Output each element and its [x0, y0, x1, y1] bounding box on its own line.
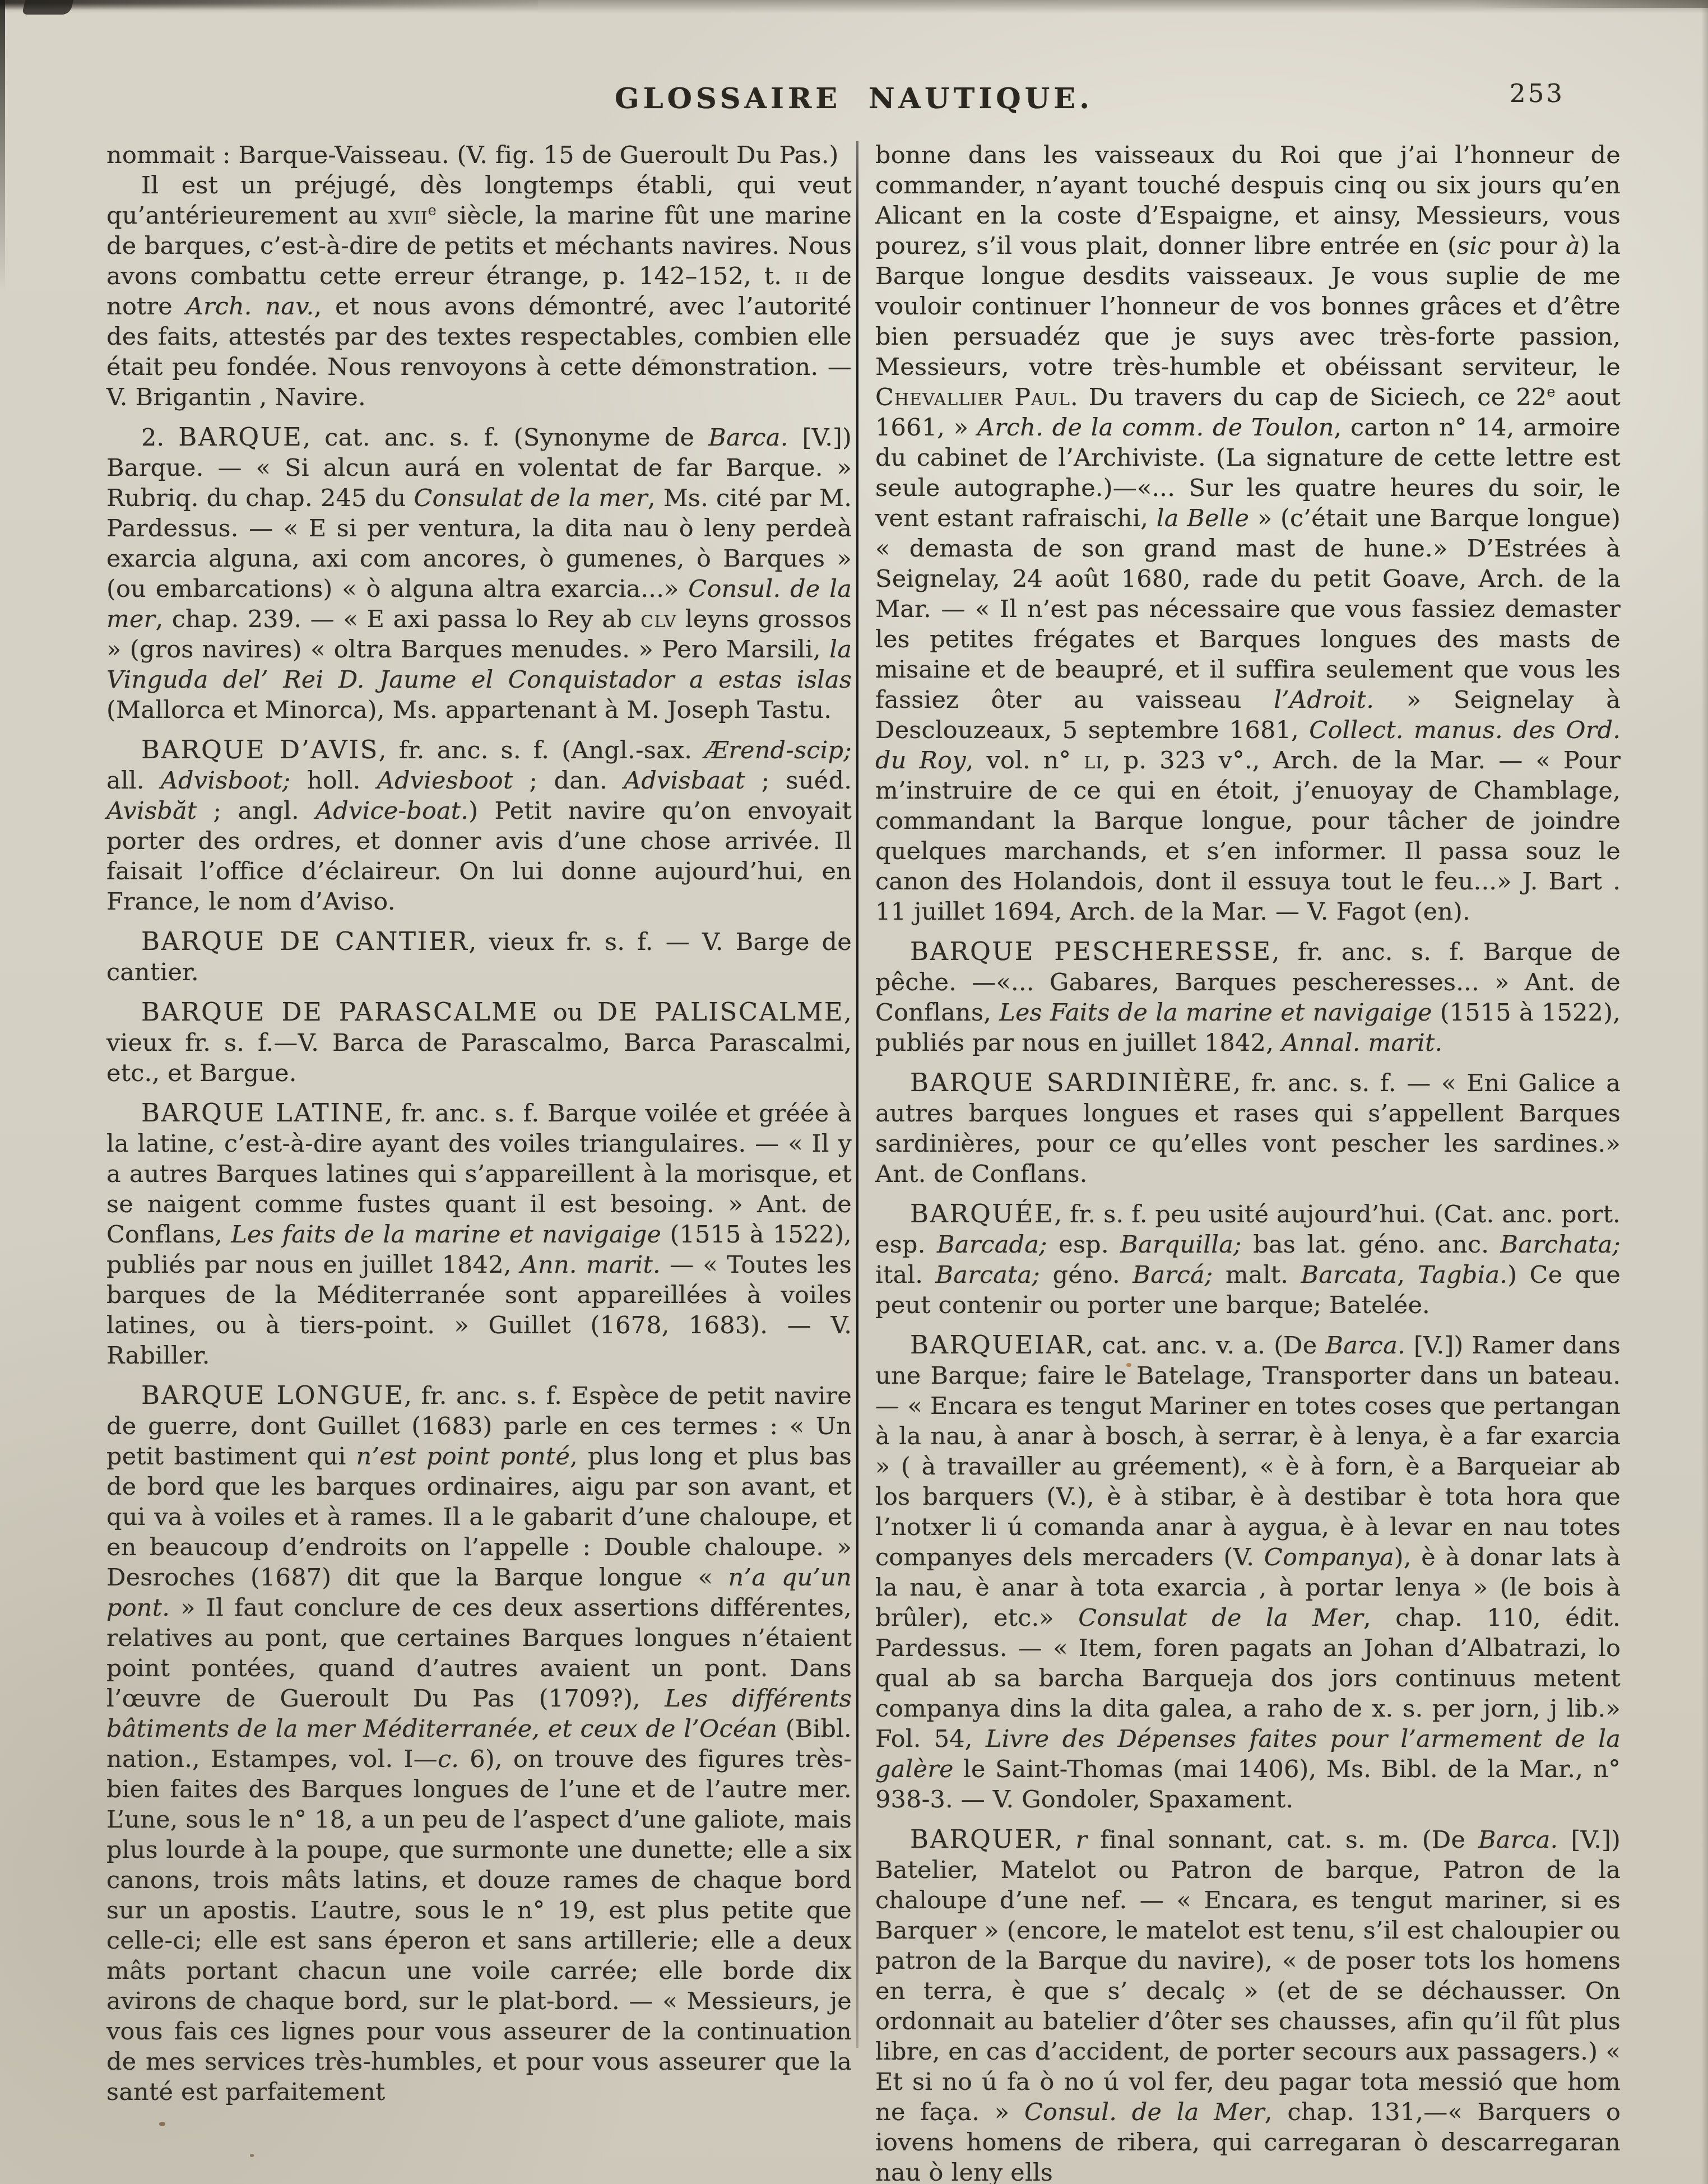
text-run: Adviesboot	[377, 767, 513, 795]
text-run: Consulat de la mer	[414, 484, 647, 512]
text-run: ital.	[875, 1261, 936, 1289]
text-run: , fr. anc. s. f. (Angl.-sax.	[379, 736, 704, 764]
entry-headword: BARQUE	[178, 422, 303, 452]
text-run: Tagbia.	[1418, 1261, 1508, 1289]
text-run: bas lat. géno. anc.	[1242, 1231, 1501, 1259]
text-run: Barchata;	[1501, 1231, 1621, 1259]
entry-headword: BARQUÉE	[910, 1199, 1054, 1228]
text-run: Advice-boat.	[315, 797, 468, 825]
text-run: e	[1547, 384, 1555, 401]
text-run: Arch. nav.	[186, 293, 314, 321]
text-run: Les Faits de la marine et navigaige	[999, 999, 1432, 1027]
text-run: Annal. marit.	[1282, 1029, 1442, 1057]
scan-edge-top-right	[1473, 0, 1708, 8]
text-run: , cat. anc. v. a. (De	[1086, 1332, 1326, 1360]
text-run: ou	[539, 999, 597, 1027]
text-run: c.	[438, 1745, 459, 1773]
text-run: holl.	[291, 767, 377, 795]
text-run: (Mallorca et Minorca), Ms. appartenant à…	[106, 696, 832, 724]
text-run: sic	[1457, 232, 1491, 260]
dictionary-entry-paragraph: BARQUE LONGUE, fr. anc. s. f. Espèce de …	[106, 1380, 852, 2107]
page-title: GLOSSAIRE NAUTIQUE.	[0, 82, 1708, 115]
text-run: ,	[1055, 1826, 1076, 1854]
text-run: malt.	[1213, 1261, 1301, 1289]
text-run: Barcata	[1301, 1261, 1398, 1289]
text-run: . Du travers du cap de Siciech, ce 22	[1070, 383, 1547, 411]
text-run: Barcata;	[936, 1261, 1041, 1289]
text-run: Barca.	[708, 424, 788, 452]
text-run: all.	[106, 767, 161, 795]
paper-speck	[250, 2154, 254, 2157]
dictionary-entry-paragraph: BARQUE DE PARASCALME ou DE PALISCALME, v…	[106, 997, 852, 1088]
paragraph: bonne dans les vaisseaux du Roi que j’ai…	[875, 140, 1621, 927]
entry-headword: BARQUE DE CANTIER	[141, 926, 468, 956]
text-run: Advisbaat	[624, 767, 745, 795]
text-run: Arch. de la comm. de Toulon	[977, 414, 1334, 442]
text-run: Ann. marit.	[521, 1251, 661, 1279]
text-run: Barcada;	[937, 1231, 1047, 1259]
entry-headword: BARQUE LATINE	[141, 1098, 385, 1128]
paragraph: Il est un préjugé, dès longtemps établi,…	[106, 170, 852, 412]
text-run: 6), on trouve des figures très-bien fait…	[106, 1745, 852, 2106]
text-run: nommait : Barque-Vaisseau. (V. fig. 15 d…	[106, 141, 839, 169]
scan-edge-left	[0, 0, 5, 291]
text-run: Barca.	[1325, 1332, 1405, 1360]
text-run: Barcá;	[1133, 1261, 1213, 1289]
text-run: Chevallier Paul	[875, 383, 1070, 411]
text-run: Consul. de la Mer	[1024, 2098, 1265, 2126]
text-run: géno.	[1040, 1261, 1133, 1289]
entry-headword: BARQUE DE PARASCALME	[141, 997, 539, 1027]
text-run: r	[1075, 1826, 1087, 1854]
scan-edge-right	[1701, 0, 1708, 2184]
dictionary-entry-paragraph: BARQUE DE CANTIER, vieux fr. s. f. — V. …	[106, 926, 852, 987]
text-run: ,	[1397, 1261, 1417, 1289]
text-run: , chap. 239. — « E axi passa lo Rey ab	[155, 605, 640, 633]
text-run: ; dan.	[513, 767, 624, 795]
dictionary-entry-paragraph: BARQUER, r final sonnant, cat. s. m. (De…	[875, 1824, 1621, 2184]
text-run: le Saint-Thomas (mai 1406), Ms. Bibl. de…	[875, 1755, 1621, 1814]
entry-headword: BARQUE SARDINIÈRE	[910, 1068, 1233, 1097]
entry-headword: BARQUER	[910, 1824, 1055, 1854]
entry-headword: BARQUE LONGUE	[141, 1380, 404, 1410]
text-run: ; suéd.	[745, 767, 852, 795]
text-run: , cat. anc. s. f. (Synonyme de	[303, 424, 708, 452]
column-right: bonne dans les vaisseaux du Roi que j’ai…	[875, 140, 1621, 2184]
scan-corner-mark	[22, 0, 73, 15]
dictionary-entry-paragraph: BARQUE LATINE, fr. anc. s. f. Barque voi…	[106, 1098, 852, 1371]
text-run: Les faits de la marine et navigaige	[231, 1221, 661, 1249]
text-run: pour	[1491, 232, 1565, 260]
dictionary-entry-paragraph: 2. BARQUE, cat. anc. s. f. (Synonyme de …	[106, 422, 852, 725]
page-number: 253	[1510, 78, 1577, 108]
entry-headword: BARQUE PESCHERESSE	[910, 936, 1272, 966]
text-run: [V.]) Batelier, Matelot ou Patron de bar…	[875, 1826, 1621, 2126]
text-run: Companya	[1264, 1543, 1394, 1571]
paper-speck	[159, 2122, 165, 2126]
text-run: final sonnant, cat. s. m. (De	[1087, 1826, 1478, 1854]
dictionary-entry-paragraph: BARQUÉE, fr. s. f. peu usité aujourd’hui…	[875, 1199, 1621, 1320]
text-run: [V.]) Ramer dans une Barque; faire le Ba…	[875, 1332, 1621, 1571]
text-run: li	[1084, 746, 1103, 775]
scanned-book-page: GLOSSAIRE NAUTIQUE. 253 nommait : Barque…	[0, 0, 1708, 2184]
text-run: n’est point ponté	[356, 1443, 570, 1471]
dictionary-entry-paragraph: BARQUEIAR, cat. anc. v. a. (De Barca. [V…	[875, 1330, 1621, 1815]
entry-headword: BARQUEIAR	[910, 1330, 1086, 1360]
text-run: esp.	[1047, 1231, 1121, 1259]
text-run: » (c’était une Barque longue) « demasta …	[875, 504, 1621, 714]
scan-edge-top-left	[0, 0, 538, 10]
column-left: nommait : Barque-Vaisseau. (V. fig. 15 d…	[106, 140, 852, 2107]
text-run: , vol. n°	[966, 746, 1084, 775]
text-run: Avisbăt	[106, 797, 197, 825]
text-run: l’Adroit.	[1274, 686, 1374, 714]
text-run: e	[428, 202, 437, 219]
text-run: Barca.	[1478, 1826, 1558, 1854]
entry-headword: DE PALISCALME	[597, 997, 844, 1027]
entry-headword: BARQUE D’AVIS	[141, 735, 379, 764]
dictionary-entry-paragraph: BARQUE PESCHERESSE, fr. anc. s. f. Barqu…	[875, 936, 1621, 1058]
column-divider	[856, 141, 858, 2048]
text-run: xvii	[388, 202, 428, 230]
text-run: Consulat de la Mer	[1078, 1604, 1363, 1632]
text-run: ii	[795, 262, 809, 290]
text-run: clv	[640, 605, 676, 633]
text-run: Ærend-scip;	[704, 736, 852, 764]
dictionary-entry-paragraph: BARQUE D’AVIS, fr. anc. s. f. (Angl.-sax…	[106, 735, 852, 917]
dictionary-entry-paragraph: BARQUE SARDINIÈRE, fr. anc. s. f. — « En…	[875, 1068, 1621, 1189]
text-run: ; angl.	[197, 797, 315, 825]
text-run: la Belle	[1157, 504, 1249, 532]
text-run: 2.	[141, 424, 178, 452]
text-run: Advisboot;	[161, 767, 291, 795]
paragraph: nommait : Barque-Vaisseau. (V. fig. 15 d…	[106, 140, 852, 170]
text-run: à	[1566, 232, 1580, 260]
text-run: Barquilla;	[1120, 1231, 1241, 1259]
